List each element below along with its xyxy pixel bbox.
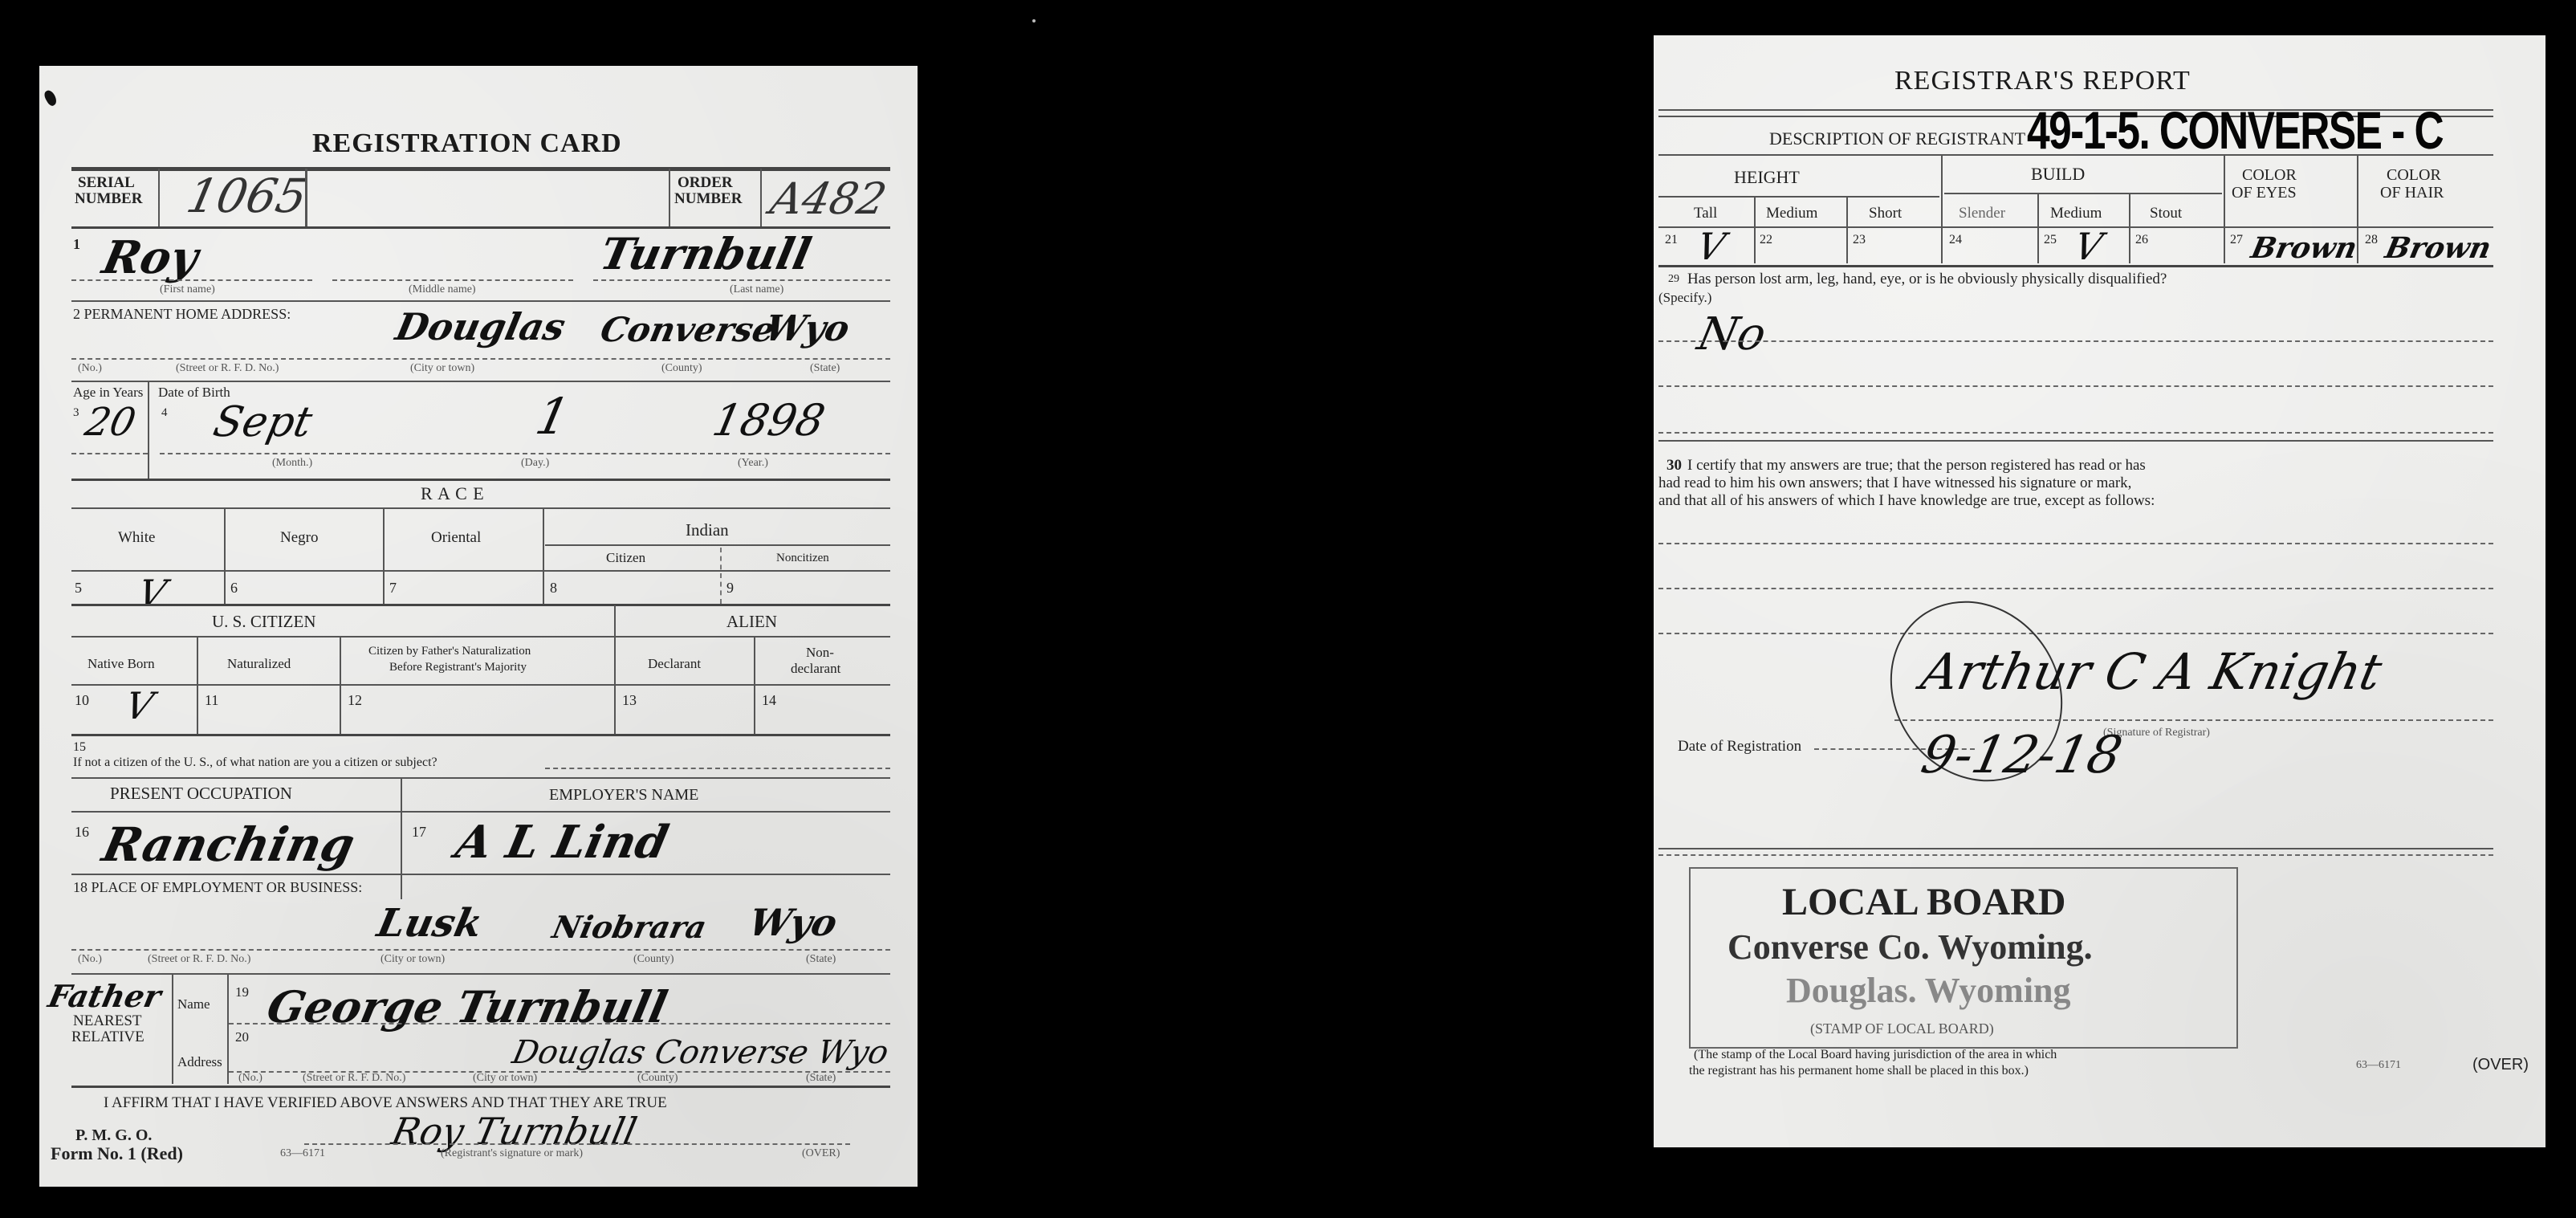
race-indian-citizen-label: Citizen xyxy=(606,551,645,564)
race-white-label: White xyxy=(118,530,155,545)
date-of-registration-value: 9-12-18 xyxy=(1916,726,2127,785)
field-number: 25 xyxy=(2044,233,2057,247)
hair-color-value: Brown xyxy=(2383,231,2495,265)
relationship-value: Father xyxy=(45,978,164,1014)
divider xyxy=(71,381,890,382)
hair-header-2: OF HAIR xyxy=(2380,185,2444,201)
local-board-line-3: Douglas. Wyoming xyxy=(1786,970,2071,1011)
state-caption: (State) xyxy=(806,954,836,965)
divider xyxy=(401,779,402,899)
divider xyxy=(71,811,890,813)
divider xyxy=(2037,194,2039,263)
eyes-header-1: COLOR xyxy=(2242,167,2297,183)
field-number: 26 xyxy=(2135,233,2148,247)
certification-line-1: I certify that my answers are true; that… xyxy=(1687,458,2146,473)
dotted-line xyxy=(545,768,890,769)
divider xyxy=(2224,156,2225,263)
field-number: 20 xyxy=(235,1029,249,1045)
occupation-value: Ranching xyxy=(98,817,360,872)
divider xyxy=(172,975,173,1084)
us-citizen-header: U. S. CITIZEN xyxy=(212,613,316,630)
serial-number-value: 1065 xyxy=(182,169,312,223)
disqualification-answer: No xyxy=(1693,308,1771,361)
stamp-note-line-2: the registrant has his permanent home sh… xyxy=(1689,1065,2029,1077)
certification-line-2: had read to him his own answers; that I … xyxy=(1658,475,2131,491)
naturalized-label: Naturalized xyxy=(227,657,291,670)
divider xyxy=(1658,154,2493,156)
serial-label-2: NUMBER xyxy=(75,191,142,206)
divider xyxy=(305,169,307,226)
race-oriental-label: Oriental xyxy=(431,530,481,545)
dotted-line xyxy=(71,453,148,454)
dotted-line xyxy=(1658,432,2493,434)
build-medium-mark: V xyxy=(2070,225,2106,268)
order-label-2: NUMBER xyxy=(674,191,742,206)
dotted-line xyxy=(71,949,890,951)
county-caption: (County) xyxy=(661,363,702,374)
order-number-value: A482 xyxy=(766,173,890,224)
over-label: (OVER) xyxy=(802,1148,840,1159)
build-slender-label: Slender xyxy=(1959,206,2005,221)
divider xyxy=(720,548,722,604)
dotted-line xyxy=(71,279,312,281)
field-number: 24 xyxy=(1949,233,1962,247)
height-header: HEIGHT xyxy=(1734,169,1800,186)
dotted-line xyxy=(1894,719,2493,721)
home-county-value: Converse xyxy=(597,310,779,349)
field-number: 6 xyxy=(230,580,238,597)
field-number: 14 xyxy=(762,692,776,709)
city-caption: (City or town) xyxy=(380,954,445,965)
place-of-employment-label: 18 PLACE OF EMPLOYMENT OR BUSINESS: xyxy=(73,880,362,894)
registrar-signature: Arthur C A Knight xyxy=(1916,642,2387,701)
dotted-line xyxy=(304,1143,850,1145)
field-number: 12 xyxy=(348,692,362,709)
county-caption: (County) xyxy=(637,1073,678,1084)
form-number-label: Form No. 1 (Red) xyxy=(51,1145,183,1163)
field-number: 13 xyxy=(622,692,637,709)
registrars-report-back: REGISTRAR'S REPORT DESCRIPTION OF REGIST… xyxy=(1654,35,2545,1147)
divider xyxy=(2357,156,2358,263)
month-caption: (Month.) xyxy=(272,458,312,469)
dotted-line xyxy=(593,279,890,281)
no-caption: (No.) xyxy=(238,1073,262,1084)
eyes-header-2: OF EYES xyxy=(2232,185,2297,201)
employment-county-value: Niobrara xyxy=(549,909,710,945)
specify-label: (Specify.) xyxy=(1658,291,1711,304)
first-name-value: Roy xyxy=(98,231,202,284)
citizen-by-father-label-2: Before Registrant's Majority xyxy=(389,662,527,674)
year-caption: (Year.) xyxy=(738,458,768,469)
report-subtitle: DESCRIPTION OF REGISTRANT xyxy=(1769,130,2025,148)
dotted-line xyxy=(71,358,890,360)
state-caption: (State) xyxy=(806,1073,836,1084)
divider xyxy=(340,638,341,734)
divider xyxy=(71,973,890,975)
divider xyxy=(224,509,226,604)
stamp-caption: (STAMP OF LOCAL BOARD) xyxy=(1810,1021,1994,1036)
race-white-mark: V xyxy=(134,572,170,615)
last-name-value: Turnbull xyxy=(596,228,816,279)
divider xyxy=(1944,193,2222,194)
report-title: REGISTRAR'S REPORT xyxy=(1894,66,2191,96)
divider xyxy=(1658,196,1939,198)
field-number: 9 xyxy=(726,580,734,597)
race-header: R A C E xyxy=(421,485,485,503)
declarant-label: Declarant xyxy=(648,657,701,670)
height-medium-label: Medium xyxy=(1766,206,1817,221)
divider xyxy=(71,570,890,572)
dob-day-value: 1 xyxy=(531,387,575,446)
alien-header: ALIEN xyxy=(726,613,777,630)
divider xyxy=(383,509,385,604)
non-declarant-label-2: declarant xyxy=(791,662,840,675)
divider xyxy=(71,734,890,736)
divider xyxy=(71,874,890,875)
order-label-1: ORDER xyxy=(678,175,733,190)
registrant-signature: Roy Turnbull xyxy=(388,1110,641,1153)
race-negro-label: Negro xyxy=(280,530,318,545)
field-number: 30 xyxy=(1666,458,1682,473)
field-number: 1 xyxy=(73,236,80,253)
divider xyxy=(71,479,890,481)
non-declarant-label-1: Non- xyxy=(806,646,834,659)
divider xyxy=(1658,265,2493,267)
build-stout-label: Stout xyxy=(2150,206,2182,221)
day-caption: (Day.) xyxy=(521,458,549,469)
employer-value: A L Lind xyxy=(451,816,673,869)
dotted-line xyxy=(1658,385,2493,387)
divider xyxy=(545,544,890,546)
divider xyxy=(71,636,890,638)
registration-card-front: REGISTRATION CARD SERIAL NUMBER 1065 ORD… xyxy=(39,66,918,1187)
city-caption: (City or town) xyxy=(410,363,474,374)
disqualification-question: Has person lost arm, leg, hand, eye, or … xyxy=(1687,271,2167,287)
field-number: 17 xyxy=(412,824,426,841)
divider xyxy=(669,169,670,226)
relative-name-label: Name xyxy=(177,997,210,1011)
street-caption: (Street or R. F. D. No.) xyxy=(176,363,279,374)
print-code: 63—6171 xyxy=(2356,1060,2401,1071)
home-address-label: 2 PERMANENT HOME ADDRESS: xyxy=(73,307,291,321)
home-city-value: Douglas xyxy=(392,305,569,348)
employer-header: EMPLOYER'S NAME xyxy=(549,787,698,803)
scan-speck xyxy=(1032,19,1036,22)
age-value: 20 xyxy=(81,400,140,445)
dotted-line xyxy=(229,1023,890,1025)
field-number: 5 xyxy=(75,580,82,597)
dob-label: Date of Birth xyxy=(158,385,230,399)
field-number: 7 xyxy=(389,580,397,597)
date-of-registration-label: Date of Registration xyxy=(1678,739,1801,754)
divider xyxy=(2129,194,2130,263)
employment-state-value: Wyo xyxy=(745,901,841,944)
nationality-question: If not a citizen of the U. S., of what n… xyxy=(73,756,437,769)
field-number: 15 xyxy=(73,740,86,755)
divider xyxy=(614,605,616,734)
stamp-note-line-1: (The stamp of the Local Board having jur… xyxy=(1694,1049,2057,1061)
last-name-caption: (Last name) xyxy=(730,284,783,295)
divider xyxy=(71,507,890,509)
dotted-line xyxy=(332,279,573,281)
field-number: 23 xyxy=(1853,233,1866,247)
card-title: REGISTRATION CARD xyxy=(312,128,622,159)
street-caption: (Street or R. F. D. No.) xyxy=(148,954,250,965)
divider xyxy=(1658,226,2493,228)
employment-city-value: Lusk xyxy=(373,901,486,946)
field-number: 19 xyxy=(235,984,249,1000)
citizen-by-father-label-1: Citizen by Father's Naturalization xyxy=(368,646,531,658)
race-indian-noncitizen-label: Noncitizen xyxy=(776,552,829,564)
native-born-label: Native Born xyxy=(87,657,155,670)
state-caption: (State) xyxy=(810,363,840,374)
over-label: (OVER) xyxy=(2472,1057,2529,1073)
height-tall-label: Tall xyxy=(1694,206,1717,221)
county-caption: (County) xyxy=(633,954,674,965)
divider xyxy=(760,169,762,226)
no-caption: (No.) xyxy=(78,954,102,965)
dotted-line xyxy=(1658,854,2493,856)
relative-address-value: Douglas Converse Wyo xyxy=(509,1034,892,1071)
affirmation-text: I AFFIRM THAT I HAVE VERIFIED ABOVE ANSW… xyxy=(104,1095,667,1110)
divider xyxy=(1658,848,2493,849)
divider xyxy=(754,638,755,734)
field-number: 10 xyxy=(75,692,89,709)
dotted-line xyxy=(1658,633,2493,634)
print-code: 63—6171 xyxy=(280,1148,325,1159)
dotted-line xyxy=(1658,588,2493,589)
relative-name-value: George Turnbull xyxy=(262,981,672,1033)
city-caption: (City or town) xyxy=(473,1073,537,1084)
middle-name-caption: (Middle name) xyxy=(409,284,476,295)
divider xyxy=(543,509,544,604)
divider xyxy=(71,684,890,686)
divider xyxy=(1846,198,1848,263)
divider xyxy=(227,975,229,1084)
divider xyxy=(1658,440,2493,442)
home-state-value: Wyo xyxy=(762,308,853,349)
dob-month-value: Sept xyxy=(210,398,316,446)
nearest-relative-label-1: NEAREST xyxy=(73,1013,142,1029)
local-board-line-1: LOCAL BOARD xyxy=(1782,880,2065,924)
field-number: 4 xyxy=(161,406,168,420)
dotted-line xyxy=(160,453,890,454)
signature-caption: (Registrant's signature or mark) xyxy=(441,1148,583,1159)
divider xyxy=(1754,198,1756,263)
occupation-header: PRESENT OCCUPATION xyxy=(110,785,292,802)
eye-color-value: Brown xyxy=(2248,231,2361,265)
native-born-mark: V xyxy=(121,684,157,727)
field-number: 16 xyxy=(75,824,89,841)
serial-label-1: SERIAL xyxy=(78,175,135,190)
divider xyxy=(148,382,149,480)
divider xyxy=(71,300,890,302)
nearest-relative-label-2: RELATIVE xyxy=(71,1029,144,1045)
relative-address-label: Address xyxy=(177,1055,222,1069)
dob-year-value: 1898 xyxy=(708,395,829,446)
divider xyxy=(1941,156,1943,263)
field-number: 21 xyxy=(1665,233,1678,247)
height-short-label: Short xyxy=(1869,206,1902,221)
pmgo-label: P. M. G. O. xyxy=(75,1127,152,1143)
build-medium-label: Medium xyxy=(2050,206,2102,221)
field-number: 28 xyxy=(2365,233,2378,247)
ink-blot xyxy=(43,88,59,107)
local-board-line-2: Converse Co. Wyoming. xyxy=(1728,927,2093,967)
divider xyxy=(71,777,890,779)
divider xyxy=(71,604,890,606)
dotted-line xyxy=(1658,543,2493,544)
no-caption: (No.) xyxy=(78,363,102,374)
field-number: 29 xyxy=(1668,273,1679,286)
divider xyxy=(197,638,198,734)
height-tall-mark: V xyxy=(1693,225,1729,268)
field-number: 8 xyxy=(550,580,557,597)
field-number: 11 xyxy=(205,692,218,709)
first-name-caption: (First name) xyxy=(160,284,215,295)
build-header: BUILD xyxy=(2031,165,2085,183)
stamped-id: 49-1-5. CONVERSE - C xyxy=(2027,100,2443,161)
field-number: 3 xyxy=(73,406,79,420)
certification-line-3: and that all of his answers of which I h… xyxy=(1658,493,2155,508)
divider xyxy=(71,1086,890,1088)
street-caption: (Street or R. F. D. No.) xyxy=(303,1073,405,1084)
divider xyxy=(158,169,160,226)
field-number: 27 xyxy=(2230,233,2243,247)
dotted-line xyxy=(1658,340,2493,342)
field-number: 22 xyxy=(1760,233,1772,247)
hair-header-1: COLOR xyxy=(2387,167,2441,183)
race-indian-header: Indian xyxy=(686,522,729,539)
age-label: Age in Years xyxy=(73,385,143,399)
